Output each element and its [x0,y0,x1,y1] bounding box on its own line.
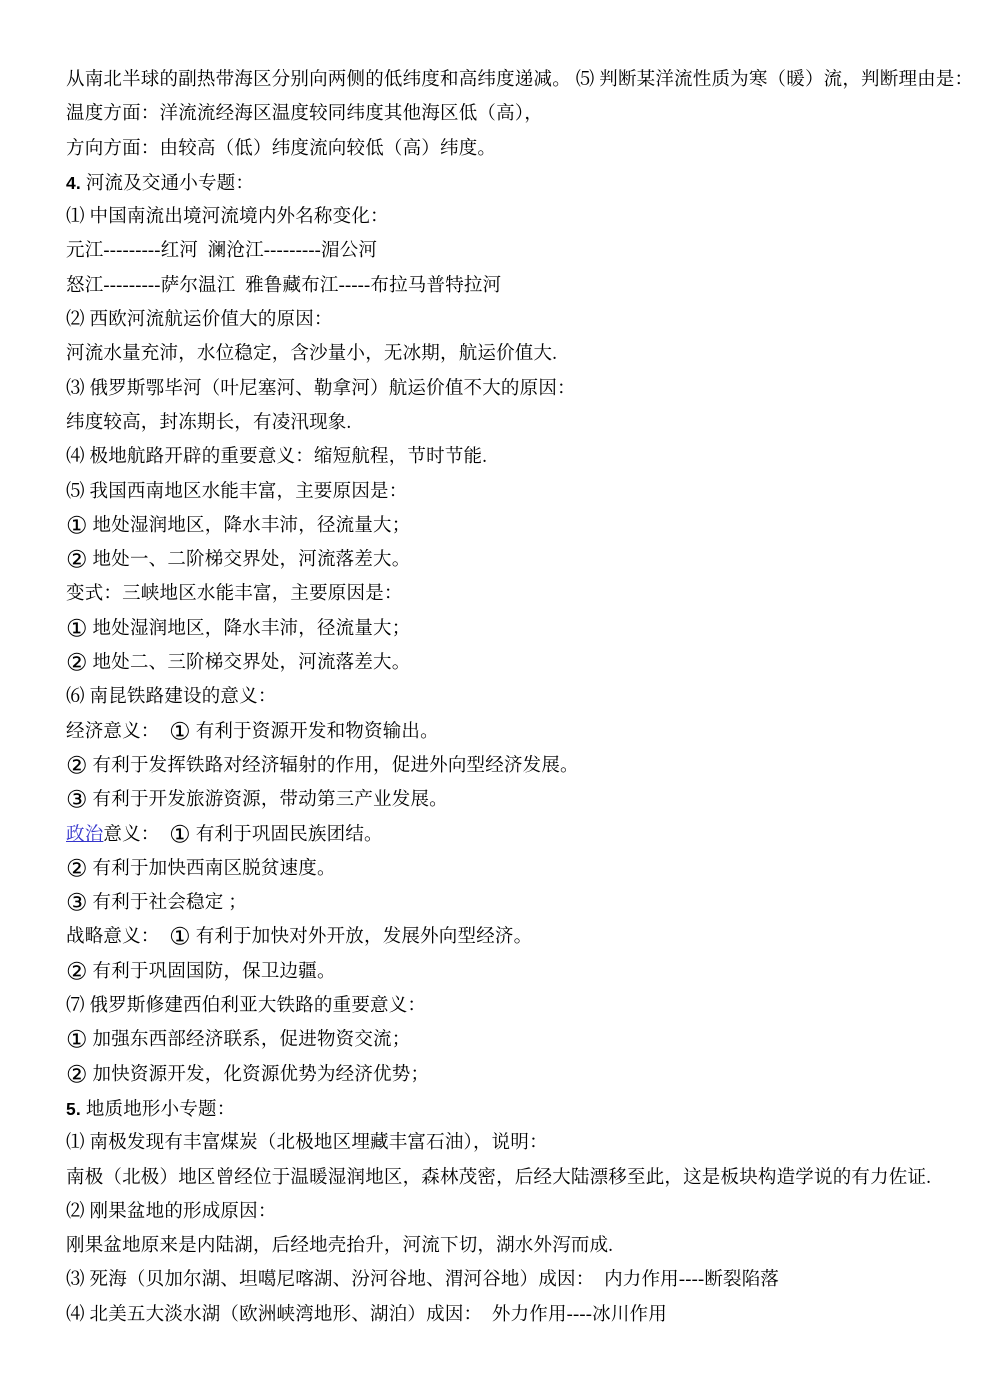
text-segment: 有利于社会稳定 ； [88,893,247,913]
document-line: ② 有利于加快西南区脱贫速度。 [66,852,951,886]
circled-number: ① [169,822,191,848]
text-segment: ⑶ 死海（贝加尔湖、坦噶尼喀湖、汾河谷地、渭河谷地）成因： 内力作用----断裂… [66,1270,779,1290]
text-segment: 有利于巩固民族团结。 [191,825,383,845]
circled-number: ② [66,753,88,779]
document-line: 从南北半球的副热带海区分别向两侧的低纬度和高纬度递减。 ⑸ 判断某洋流性质为寒（… [66,63,951,97]
document-line: 南极（北极）地区曾经位于温暖湿润地区，森林茂密，后经大陆漂移至此，这是板块构造学… [66,1161,951,1195]
circled-number: ② [66,856,88,882]
circled-number: ① [66,616,88,642]
circled-number: ② [66,1062,88,1088]
text-segment: ⑴ 中国南流出境河流境内外名称变化： [66,207,389,227]
document-line: ⑶ 俄罗斯鄂毕河（叶尼塞河、勒拿河）航运价值不大的原因： [66,372,951,406]
document-line: ⑷ 北美五大淡水湖（欧洲峡湾地形、湖泊）成因： 外力作用----冰川作用 [66,1298,951,1332]
document-line: ③ 有利于社会稳定 ； [66,886,951,920]
text-segment: 元江---------红河 澜沧江---------湄公河 [66,241,377,261]
document-line: ⑵ 西欧河流航运价值大的原因： [66,303,951,337]
text-segment: 有利于资源开发和物资输出。 [191,722,439,742]
document-line: 5. 地质地形小专题： [66,1092,951,1126]
circled-number: ② [66,651,88,677]
text-segment: 温度方面：洋流流经海区温度较同纬度其他海区低（高）， [66,104,543,124]
document-line: ② 地处二、三阶梯交界处，河流落差大。 [66,646,951,680]
heading-number: 5. [66,1099,81,1119]
text-segment: 方向方面：由较高（低）纬度流向较低（高）纬度。 [66,139,496,159]
text-segment: 加强东西部经济联系，促进物资交流； [88,1030,411,1050]
heading-number: 4. [66,173,81,193]
document-line: ① 地处湿润地区，降水丰沛，径流量大； [66,612,951,646]
text-segment: ⑹ 南昆铁路建设的意义： [66,687,277,707]
text-segment: 怒江---------萨尔温江 雅鲁藏布江-----布拉马普特拉河 [66,276,501,296]
text-segment: 河流水量充沛，水位稳定，含沙量小，无冰期，航运价值大. [66,344,557,364]
document-line: ⑶ 死海（贝加尔湖、坦噶尼喀湖、汾河谷地、渭河谷地）成因： 内力作用----断裂… [66,1263,951,1297]
circled-number: ① [169,719,191,745]
hyperlink-text[interactable]: 政治 [66,825,103,845]
document-line: 怒江---------萨尔温江 雅鲁藏布江-----布拉马普特拉河 [66,269,951,303]
text-segment: 有利于加快西南区脱贫速度。 [88,859,336,879]
text-segment: 有利于巩固国防，保卫边疆。 [88,962,336,982]
text-segment: ⑷ 极地航路开辟的重要意义：缩短航程，节时节能. [66,447,487,467]
circled-number: ① [66,513,88,539]
document-line: ⑷ 极地航路开辟的重要意义：缩短航程，节时节能. [66,440,951,474]
document-line: 方向方面：由较高（低）纬度流向较低（高）纬度。 [66,132,951,166]
text-segment: 地处一、二阶梯交界处，河流落差大。 [88,550,411,570]
document-line: ② 有利于巩固国防，保卫边疆。 [66,955,951,989]
document-line: ⑵ 刚果盆地的形成原因： [66,1195,951,1229]
text-segment: ⑴ 南极发现有丰富煤炭（北极地区埋藏丰富石油），说明： [66,1133,548,1153]
document-line: ⑴ 中国南流出境河流境内外名称变化： [66,200,951,234]
document-line: 元江---------红河 澜沧江---------湄公河 [66,234,951,268]
document-line: 纬度较高，封冻期长，有凌汛现象. [66,406,951,440]
text-segment: 南极（北极）地区曾经位于温暖湿润地区，森林茂密，后经大陆漂移至此，这是板块构造学… [66,1168,931,1188]
text-segment: ⑵ 刚果盆地的形成原因： [66,1202,277,1222]
text-segment: 从南北半球的副热带海区分别向两侧的低纬度和高纬度递减。 ⑸ 判断某洋流性质为寒（… [66,70,973,90]
text-segment: 有利于加快对外开放，发展外向型经济。 [191,927,532,947]
text-segment: 地处湿润地区，降水丰沛，径流量大； [88,619,411,639]
document-line: 经济意义： ① 有利于资源开发和物资输出。 [66,715,951,749]
circled-number: ② [66,548,88,574]
document-line: 温度方面：洋流流经海区温度较同纬度其他海区低（高）， [66,97,951,131]
circled-number: ① [169,925,191,951]
document-line: 战略意义： ① 有利于加快对外开放，发展外向型经济。 [66,920,951,954]
text-segment: 战略意义： [66,927,169,947]
document-line: ② 加快资源开发，化资源优势为经济优势； [66,1058,951,1092]
text-segment: 刚果盆地原来是内陆湖，后经地壳抬升，河流下切，湖水外泻而成. [66,1236,613,1256]
document-line: 刚果盆地原来是内陆湖，后经地壳抬升，河流下切，湖水外泻而成. [66,1229,951,1263]
circled-number: ③ [66,788,88,814]
text-segment: ⑸ 我国西南地区水能丰富，主要原因是： [66,482,407,502]
document-line: ② 地处一、二阶梯交界处，河流落差大。 [66,543,951,577]
document-line: 变式：三峡地区水能丰富，主要原因是： [66,577,951,611]
text-segment: 地质地形小专题： [81,1100,235,1120]
document-line: 政治意义： ① 有利于巩固民族团结。 [66,818,951,852]
document-line: 河流水量充沛，水位稳定，含沙量小，无冰期，航运价值大. [66,337,951,371]
circled-number: ① [66,1028,88,1054]
circled-number: ③ [66,891,88,917]
document-line: ③ 有利于开发旅游资源，带动第三产业发展。 [66,783,951,817]
document-page: 从南北半球的副热带海区分别向两侧的低纬度和高纬度递减。 ⑸ 判断某洋流性质为寒（… [0,0,987,1398]
circled-number: ② [66,959,88,985]
document-line: 4. 河流及交通小专题： [66,166,951,200]
text-segment: ⑶ 俄罗斯鄂毕河（叶尼塞河、勒拿河）航运价值不大的原因： [66,379,576,399]
text-segment: 地处湿润地区，降水丰沛，径流量大； [88,516,411,536]
document-line: ⑺ 俄罗斯修建西伯利亚大铁路的重要意义： [66,989,951,1023]
text-segment: 有利于开发旅游资源，带动第三产业发展。 [88,790,448,810]
text-segment: 河流及交通小专题： [81,174,254,194]
text-segment: ⑷ 北美五大淡水湖（欧洲峡湾地形、湖泊）成因： 外力作用----冰川作用 [66,1305,667,1325]
text-segment: ⑺ 俄罗斯修建西伯利亚大铁路的重要意义： [66,996,426,1016]
text-segment: 地处二、三阶梯交界处，河流落差大。 [88,653,411,673]
text-segment: 有利于发挥铁路对经济辐射的作用，促进外向型经济发展。 [88,756,579,776]
document-line: ⑴ 南极发现有丰富煤炭（北极地区埋藏丰富石油），说明： [66,1126,951,1160]
text-segment: 纬度较高，封冻期长，有凌汛现象. [66,413,351,433]
document-line: ⑹ 南昆铁路建设的意义： [66,680,951,714]
text-segment: 经济意义： [66,722,169,742]
text-segment: 意义： [103,825,169,845]
text-segment: ⑵ 西欧河流航运价值大的原因： [66,310,333,330]
document-line: ① 地处湿润地区，降水丰沛，径流量大； [66,509,951,543]
text-segment: 变式：三峡地区水能丰富，主要原因是： [66,584,403,604]
text-segment: 加快资源开发，化资源优势为经济优势； [88,1065,429,1085]
document-line: ⑸ 我国西南地区水能丰富，主要原因是： [66,475,951,509]
document-line: ① 加强东西部经济联系，促进物资交流； [66,1023,951,1057]
document-line: ② 有利于发挥铁路对经济辐射的作用，促进外向型经济发展。 [66,749,951,783]
